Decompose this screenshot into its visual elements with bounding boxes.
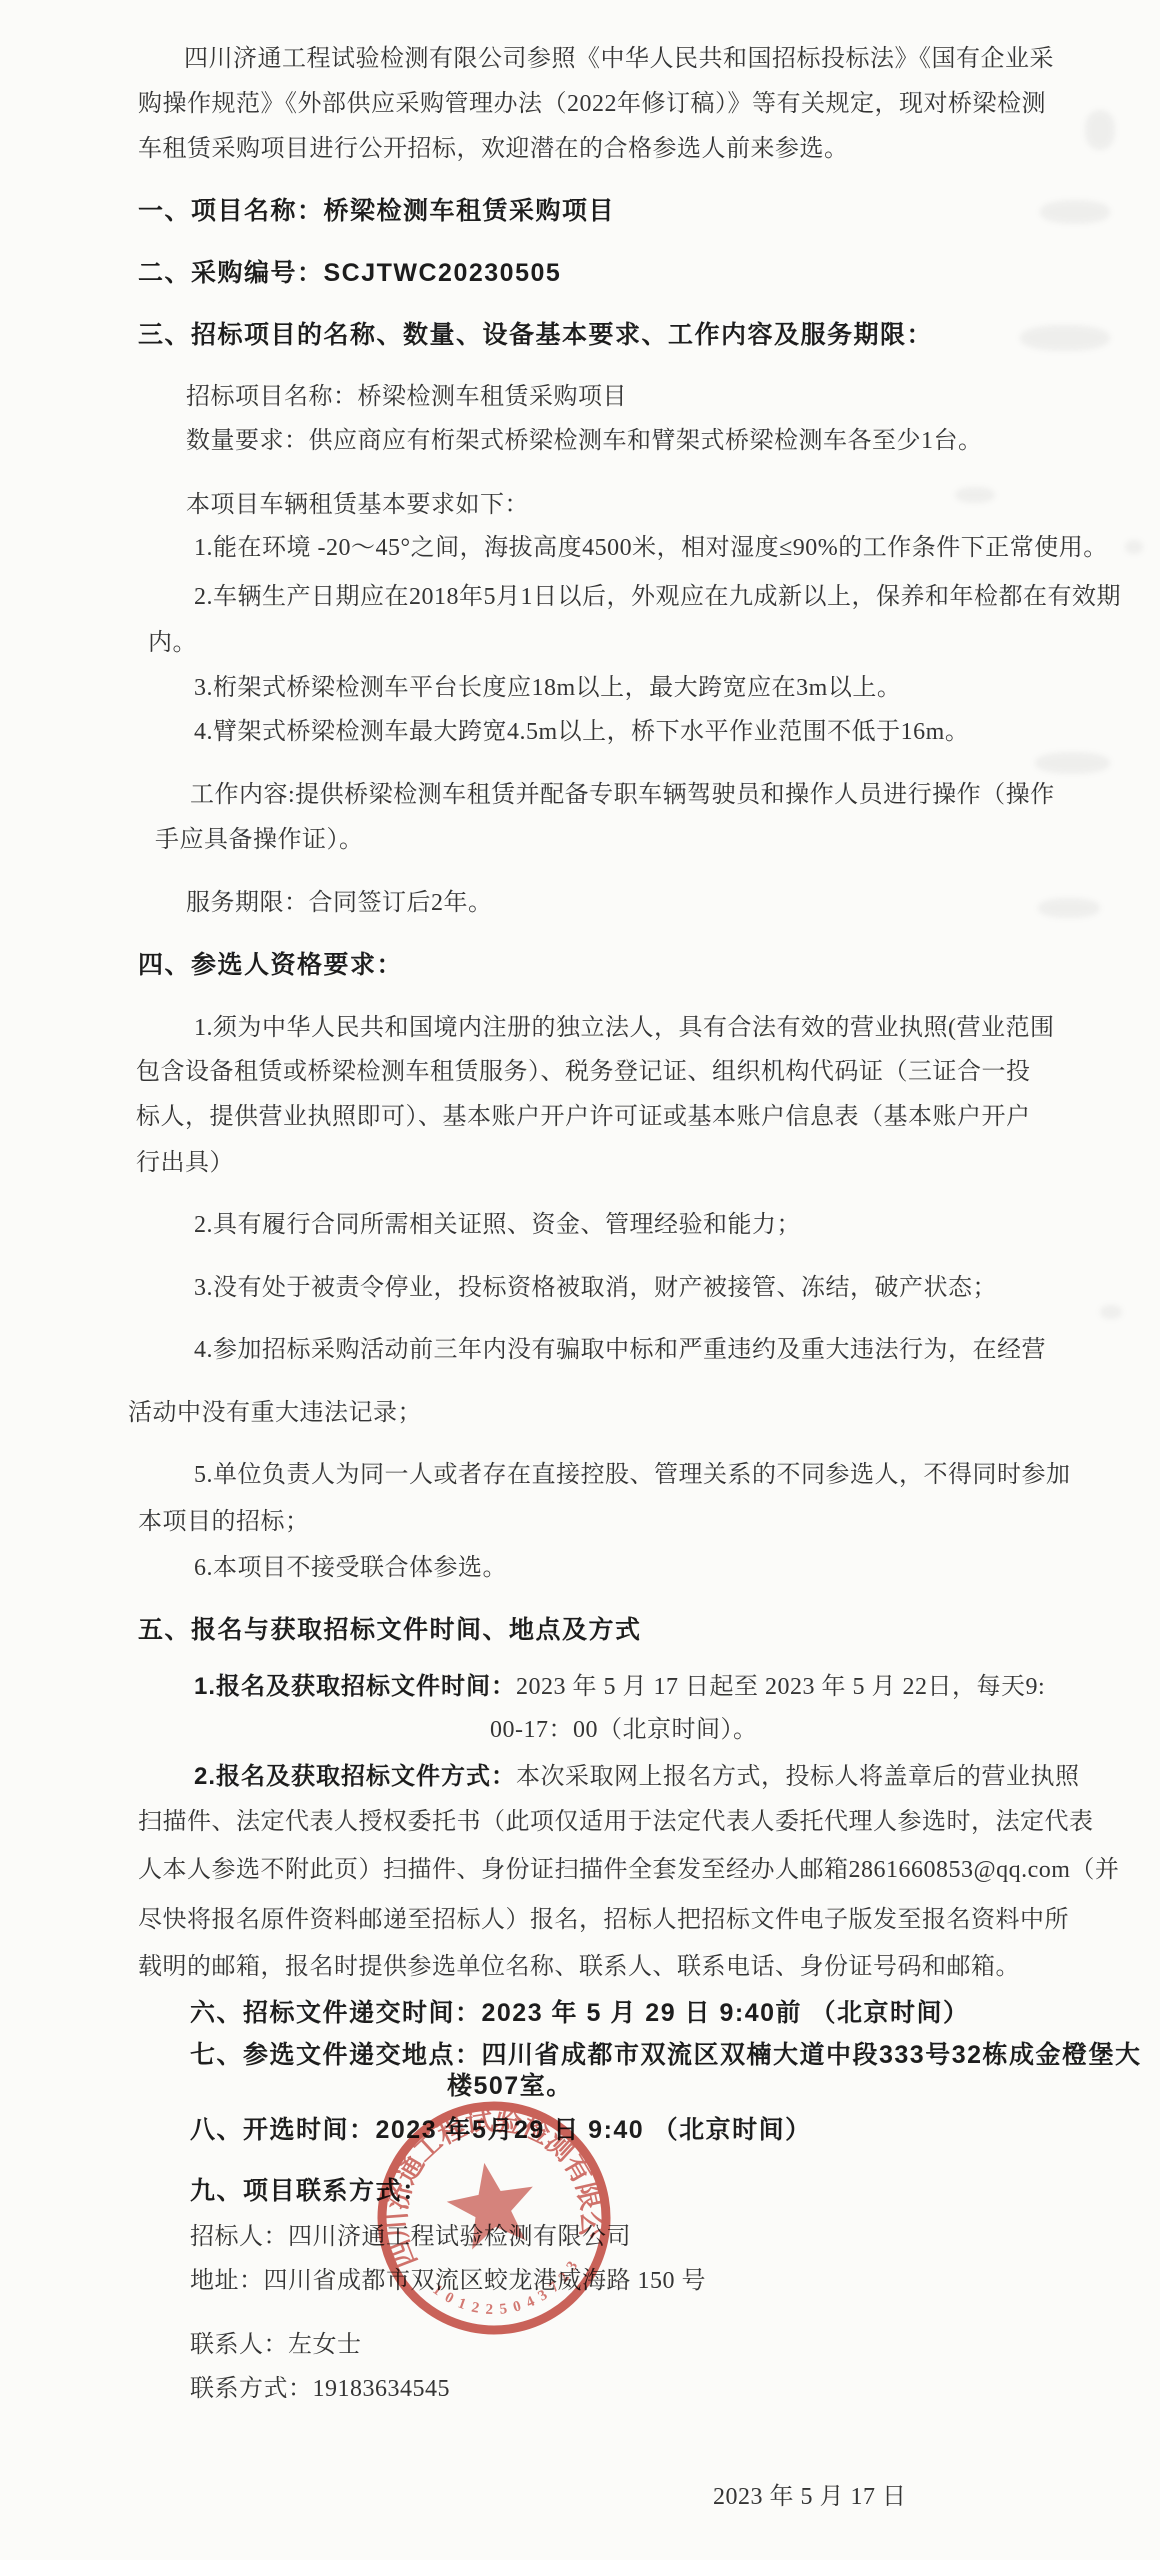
document-line: 4.臂架式桥梁检测车最大跨宽4.5m以上，桥下水平作业范围不低于16m。 [194,717,969,747]
document-line: 联系方式：19183634545 [190,2374,450,2404]
document-line: 七、参选文件递交地点：四川省成都市双流区双楠大道中段333号32栋成金橙堡大 [190,2040,1142,2070]
document-line: 手应具备操作证）。 [155,825,364,855]
document-line: 活动中没有重大违法记录； [128,1398,422,1428]
document-line-label: 2.报名及获取招标文件方式： [194,1763,516,1790]
document-line: 1.报名及获取招标文件时间：2023 年 5 月 17 日起至 2023 年 5… [194,1672,1045,1702]
document-line: 四、参选人资格要求： [138,950,403,980]
document-line: 车租赁采购项目进行公开招标，欢迎潜在的合格参选人前来参选。 [138,134,849,164]
document-line: 一、项目名称：桥梁检测车租赁采购项目 [138,196,615,226]
document-line: 联系人：左女士 [190,2330,362,2360]
scan-artifact [1125,540,1143,554]
document-line: 数量要求：供应商应有桁架式桥梁检测车和臂架式桥梁检测车各至少1台。 [186,426,983,456]
document-line: 4.参加招标采购活动前三年内没有骗取中标和严重违约及重大违法行为，在经营 [194,1335,1046,1365]
document-line: 5.单位负责人为同一人或者存在直接控股、管理关系的不同参选人，不得同时参加 [194,1460,1071,1490]
scan-artifact [1085,110,1115,150]
scan-artifact [1100,1305,1122,1319]
scan-artifact [1035,752,1110,774]
document-line: 标人，提供营业执照即可）、基本账户开户许可证或基本账户信息表（基本账户开户 [136,1102,1031,1132]
document-line: 2.报名及获取招标文件方式：本次采取网上报名方式，投标人将盖章后的营业执照 [194,1762,1080,1792]
document-line: 六、招标文件递交时间：2023 年 5 月 29 日 9:40前 （北京时间） [190,1998,970,2028]
document-line: 3.没有处于被责令停业，投标资格被取消，财产被接管、冻结，破产状态； [194,1273,997,1303]
document-line-label: 1.报名及获取招标文件时间： [194,1673,516,1700]
scanned-document-page: 四川济通工程试验检测有限公司参照《中华人民共和国招标投标法》《国有企业采购操作规… [0,0,1160,2560]
scan-artifact [1040,200,1110,224]
document-line: 本项目的招标； [138,1507,310,1537]
document-line: 招标项目名称：桥梁检测车租赁采购项目 [186,382,627,412]
document-line: 2.具有履行合同所需相关证照、资金、管理经验和能力； [194,1210,801,1240]
document-line: 本项目车辆租赁基本要求如下： [186,490,529,520]
document-line: 1.能在环境 -20～45°之间，海拔高度4500米，相对湿度≤90%的工作条件… [194,533,1108,563]
document-line: 3.桁架式桥梁检测车平台长度应18m以上，最大跨宽应在3m以上。 [194,673,901,703]
document-line: 载明的邮箱，报名时提供参选单位名称、联系人、联系电话、身份证号码和邮箱。 [138,1952,1020,1982]
document-line: 购操作规范》《外部供应采购管理办法（2022年修订稿）》等有关规定，现对桥梁检测 [138,89,1046,119]
scan-artifact [955,487,995,503]
document-line: 00-17：00（北京时间）。 [490,1715,758,1745]
document-line: 扫描件、法定代表人授权委托书（此项仅适用于法定代表人委托代理人参选时，法定代表 [138,1807,1094,1837]
document-line: 内。 [148,628,197,658]
star-icon [441,2155,542,2252]
document-line: 三、招标项目的名称、数量、设备基本要求、工作内容及服务期限： [138,320,933,350]
scan-artifact [1020,325,1110,351]
document-line: 服务期限：合同签订后2年。 [186,888,493,918]
document-line: 2.车辆生产日期应在2018年5月1日以后，外观应在九成新以上，保养和年检都在有… [194,582,1121,612]
document-line: 包含设备租赁或桥梁检测车租赁服务）、税务登记证、组织机构代码证（三证合一投 [136,1057,1031,1087]
document-line: 二、采购编号：SCJTWC20230505 [138,258,561,288]
document-line: 尽快将报名原件资料邮递至招标人）报名，招标人把招标文件电子版发至报名资料中所 [138,1905,1069,1935]
document-line: 2023 年 5 月 17 日 [713,2482,907,2512]
document-line: 工作内容:提供桥梁检测车租赁并配备专职车辆驾驶员和操作人员进行操作（操作 [190,780,1055,810]
document-line: 6.本项目不接受联合体参选。 [194,1553,507,1583]
document-line: 人本人参选不附此页）扫描件、身份证扫描件全套发至经办人邮箱2861660853@… [138,1855,1119,1885]
company-seal-stamp: 四川济通工程试验检测有限公司 101225043723 [353,2077,636,2360]
scan-artifact [1038,898,1100,918]
document-line: 1.须为中华人民共和国境内注册的独立法人，具有合法有效的营业执照(营业范围 [194,1013,1055,1043]
document-line: 四川济通工程试验检测有限公司参照《中华人民共和国招标投标法》《国有企业采 [184,44,1054,74]
document-line: 五、报名与获取招标文件时间、地点及方式 [138,1615,642,1645]
document-line: 行出具） [136,1148,234,1178]
